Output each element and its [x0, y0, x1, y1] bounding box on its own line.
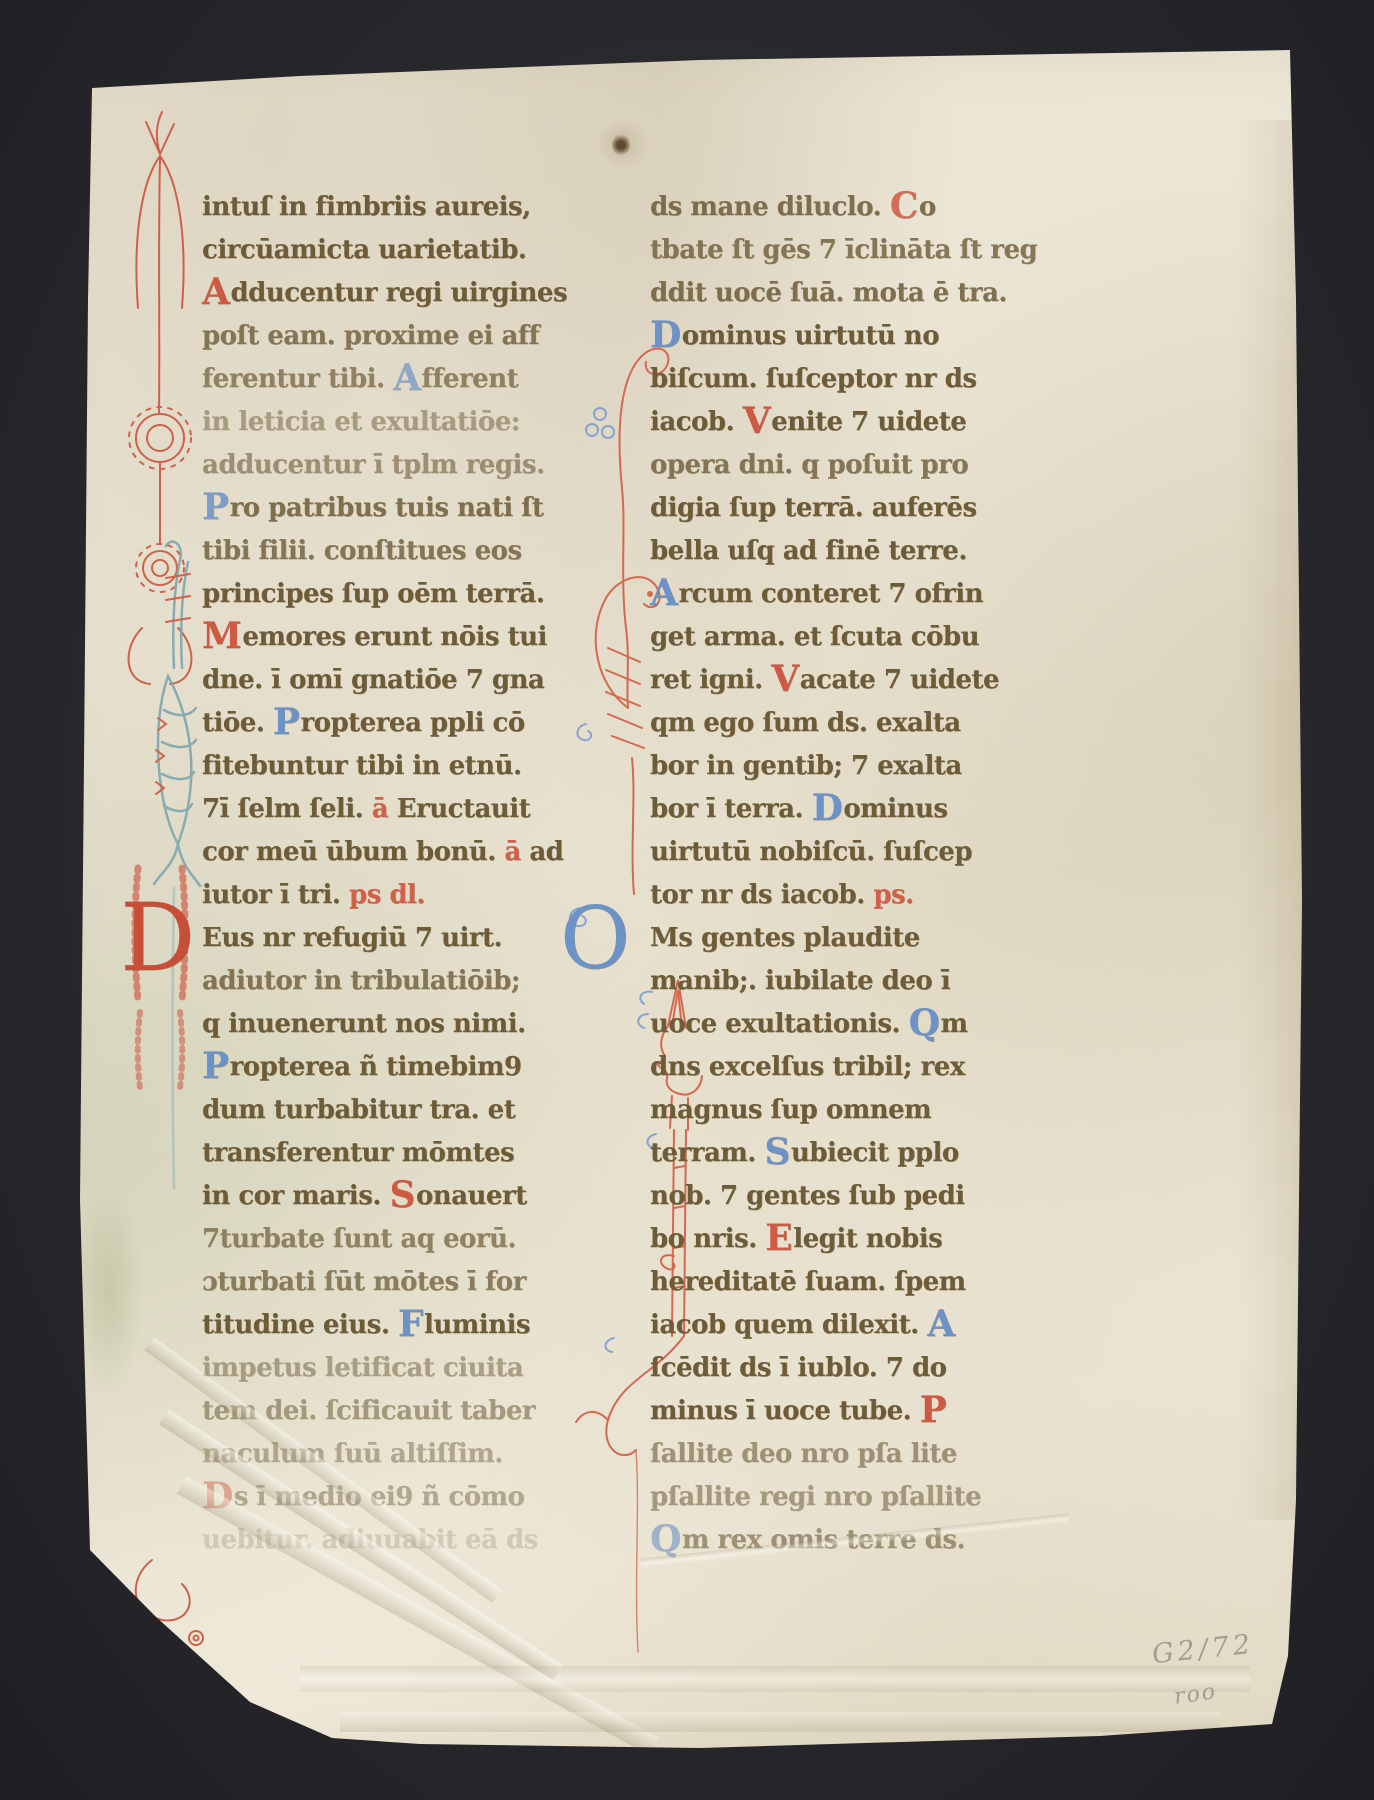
initial-letter: P [273, 701, 300, 743]
crease-fold [340, 1712, 1220, 1732]
text-run: tbate ſt gēs 7 īclināta ſt reg [650, 235, 1037, 265]
text-run: poſt eam. proxime ei aff [202, 321, 539, 351]
text-line: get arma. et ſcuta cōbu [650, 616, 1080, 659]
fish-drawing [154, 542, 200, 1188]
pencil-note: roo [1172, 1679, 1218, 1710]
text-run: tem dei. ſcificauit taber [202, 1396, 535, 1426]
text-run: transferentur mōmtes [202, 1138, 514, 1168]
text-run: fferent [422, 364, 519, 394]
text-run: dum turbabitur tra. et [202, 1095, 515, 1125]
initial-letter: A [393, 357, 420, 399]
text-line: uirtutū nobiſcū. ſuſcep [650, 831, 1080, 874]
initial-letter: P [202, 1045, 229, 1087]
text-run: ominus [843, 794, 947, 824]
text-run: cor meū ūbum bonū. [202, 837, 504, 867]
text-run: principes ſup oēm terrā. [202, 579, 544, 609]
right-text-column: ds mane diluclo. Cotbate ſt gēs 7 īclinā… [650, 186, 1080, 1562]
text-line: intuſ in fimbriis aureis, [202, 186, 632, 229]
text-run: ropterea ñ timebim9 [230, 1052, 522, 1082]
text-line: Memores erunt nōis tui [202, 616, 632, 659]
text-run: ſcēdit ds ī iublo. 7 do [650, 1353, 946, 1383]
rubric: ps dl. [349, 880, 425, 910]
initial-letter: P [202, 486, 229, 528]
parchment-stain [74, 1180, 144, 1400]
initial-letter: A [927, 1303, 954, 1345]
initial-letter: D [202, 1475, 233, 1517]
text-run: intuſ in fimbriis aureis, [202, 192, 531, 222]
text-run: dns excelſus tribil; rex [650, 1052, 965, 1082]
text-run: acate 7 uidete [800, 665, 999, 695]
text-line: circūamicta uarietatib. [202, 229, 632, 272]
text-run: Eus nr refugiū 7 uirt. [202, 923, 502, 953]
left-text-column: intuſ in fimbriis aureis,circūamicta uar… [202, 186, 632, 1562]
text-line: iacob quem dilexit. A [650, 1304, 1080, 1347]
text-line: Arcum conteret 7 ofrin [650, 573, 1080, 616]
wormhole-stain [612, 134, 630, 156]
text-line: OMs gentes plaudite [650, 917, 1080, 960]
text-run: adiutor in tribulatiōib; [202, 966, 520, 996]
text-run: bor ī terra. [650, 794, 812, 824]
text-line: terram. Subiecit pplo [650, 1132, 1080, 1175]
text-run: qm ego ſum ds. exalta [650, 708, 961, 738]
text-line: bor in gentib; 7 exalta [650, 745, 1080, 788]
text-run: bor in gentib; 7 exalta [650, 751, 962, 781]
text-line: ret igni. Vacate 7 uidete [650, 659, 1080, 702]
text-run: ro patribus tuis nati ſt [230, 493, 544, 523]
initial-letter: F [398, 1303, 423, 1345]
text-run: minus ī uoce tube. [650, 1396, 920, 1426]
text-line: uebitur. adiuuabit eā ds [202, 1519, 632, 1562]
text-line: Pro patribus tuis nati ſt [202, 487, 632, 530]
text-line: bo nris. Elegit nobis [650, 1218, 1080, 1261]
text-line: uoce exultationis. Qm [650, 1003, 1080, 1046]
text-run: iacob. [650, 407, 743, 437]
text-line: tem dei. ſcificauit taber [202, 1390, 632, 1433]
text-line: cor meū ūbum bonū. ā ad [202, 831, 632, 874]
text-line: qm ego ſum ds. exalta [650, 702, 1080, 745]
text-run: terram. [650, 1138, 764, 1168]
text-line: impetus letificat ciuita [202, 1347, 632, 1390]
text-line: tiōe. Propterea ppli cō [202, 702, 632, 745]
text-run: iacob quem dilexit. [650, 1310, 927, 1340]
text-line: tibi filii. conſtitues eos [202, 530, 632, 573]
text-run: hereditatē ſuam. ſpem [650, 1267, 966, 1297]
initial-letter: A [650, 572, 677, 614]
rubric: ps. [873, 880, 913, 910]
rubric: ā [504, 837, 520, 867]
initial-letter: Q [909, 1002, 940, 1044]
text-line: Adducentur regi uirgines [202, 272, 632, 315]
text-line: hereditatē ſuam. ſpem [650, 1261, 1080, 1304]
text-run: ddit uocē ſuā. mota ē tra. [650, 278, 1007, 308]
text-line: magnus ſup omnem [650, 1089, 1080, 1132]
crease-fold [300, 1666, 1250, 1692]
rubric: ā [372, 794, 388, 824]
text-run: s ī medio ei9 ñ cōmo [234, 1482, 525, 1512]
text-run: ropterea ppli cō [300, 708, 524, 738]
initial-letter: S [389, 1174, 415, 1216]
text-run: bella uſq ad finē terre. [650, 536, 967, 566]
text-run: pſallite regi nro pſallite [650, 1482, 981, 1512]
text-run: ominus uirtutū no [682, 321, 939, 351]
text-line: Dominus uirtutū no [650, 315, 1080, 358]
text-line: principes ſup oēm terrā. [202, 573, 632, 616]
text-line: transferentur mōmtes [202, 1132, 632, 1175]
text-line: iacob. Venite 7 uidete [650, 401, 1080, 444]
text-line: biſcum. ſuſceptor nr ds [650, 358, 1080, 401]
text-line: q inuenerunt nos nimi. [202, 1003, 632, 1046]
text-run: ad [521, 837, 564, 867]
text-run: tor nr ds iacob. [650, 880, 873, 910]
text-line: Qm rex omis terre ds. [650, 1519, 1080, 1562]
text-run: uebitur. adiuuabit eā ds [202, 1525, 538, 1555]
text-line: fitebuntur tibi in etnū. [202, 745, 632, 788]
text-run: 7turbate ſunt aq eorū. [202, 1224, 516, 1254]
text-run: ubiecit pplo [791, 1138, 959, 1168]
text-line: dne. ī omī gnatiōe 7 gna [202, 659, 632, 702]
text-run: ferentur tibi. [202, 364, 393, 394]
text-line: Propterea ñ timebim9 [202, 1046, 632, 1089]
text-run: m [940, 1009, 967, 1039]
text-run: emores erunt nōis tui [242, 622, 547, 652]
text-run: ɔturbati ſūt mōtes ī for [202, 1267, 526, 1297]
text-line: pſallite regi nro pſallite [650, 1476, 1080, 1519]
text-line: tor nr ds iacob. ps. [650, 874, 1080, 917]
text-run: dducentur regi uirgines [230, 278, 567, 308]
text-run: biſcum. ſuſceptor nr ds [650, 364, 977, 394]
text-line: titudine eius. Fluminis [202, 1304, 632, 1347]
initial-letter: P [920, 1389, 947, 1431]
text-run: magnus ſup omnem [650, 1095, 931, 1125]
initial-letter: E [765, 1217, 792, 1259]
text-run: tiōe. [202, 708, 273, 738]
initial-letter: D [650, 314, 681, 356]
text-line: in leticia et exultatiōe: [202, 401, 632, 444]
text-run: m rex omis terre ds. [682, 1525, 965, 1555]
pencil-shelfmark: G2/72 [1151, 1629, 1256, 1671]
text-run: opera dni. q poſuit pro [650, 450, 968, 480]
text-run: in leticia et exultatiōe: [202, 407, 520, 437]
text-line: poſt eam. proxime ei aff [202, 315, 632, 358]
text-run: Ms gentes plaudite [650, 923, 920, 953]
text-run: 7ī ſelm ſeli. [202, 794, 372, 824]
photo-background: intuſ in fimbriis aureis,circūamicta uar… [0, 0, 1374, 1800]
text-line: 7turbate ſunt aq eorū. [202, 1218, 632, 1261]
initial-letter: C [890, 185, 918, 227]
text-line: ferentur tibi. Afferent [202, 358, 632, 401]
text-line: minus ī uoce tube. P [650, 1390, 1080, 1433]
text-run: Eructauit [388, 794, 530, 824]
text-line: in cor maris. Sonauert [202, 1175, 632, 1218]
text-run: legit nobis [793, 1224, 942, 1254]
text-run: naculum ſuū altiſſim. [202, 1439, 503, 1469]
text-run: luminis [424, 1310, 530, 1340]
text-line: opera dni. q poſuit pro [650, 444, 1080, 487]
text-line: bella uſq ad finē terre. [650, 530, 1080, 573]
text-run: get arma. et ſcuta cōbu [650, 622, 979, 652]
text-run: ds mane diluclo. [650, 192, 890, 222]
text-line: ſallite deo nro pſa lite [650, 1433, 1080, 1476]
text-run: nob. 7 gentes ſub pedi [650, 1181, 965, 1211]
text-run: digia ſup terrā. auferēs [650, 493, 977, 523]
text-run: q inuenerunt nos nimi. [202, 1009, 526, 1039]
initial-letter: D [812, 787, 843, 829]
initial-letter: S [764, 1131, 790, 1173]
text-line: dum turbabitur tra. et [202, 1089, 632, 1132]
text-run: o [919, 192, 936, 222]
text-line: digia ſup terrā. auferēs [650, 487, 1080, 530]
text-run: enite 7 uidete [771, 407, 966, 437]
initial-letter: Q [650, 1518, 681, 1560]
text-line: Ds ī medio ei9 ñ cōmo [202, 1476, 632, 1519]
initial-letter: V [771, 658, 798, 700]
text-line: ſcēdit ds ī iublo. 7 do [650, 1347, 1080, 1390]
manuscript-leaf: intuſ in fimbriis aureis,circūamicta uar… [0, 0, 1374, 1800]
text-line: 7ī ſelm ſeli. ā Eructauit [202, 788, 632, 831]
text-run: uirtutū nobiſcū. ſuſcep [650, 837, 972, 867]
text-line: naculum ſuū altiſſim. [202, 1433, 632, 1476]
text-line: nob. 7 gentes ſub pedi [650, 1175, 1080, 1218]
initial-letter: M [202, 615, 241, 657]
text-line: bor ī terra. Dominus [650, 788, 1080, 831]
text-run: titudine eius. [202, 1310, 398, 1340]
text-line: ddit uocē ſuā. mota ē tra. [650, 272, 1080, 315]
text-line: tbate ſt gēs 7 īclināta ſt reg [650, 229, 1080, 272]
text-run: uoce exultationis. [650, 1009, 909, 1039]
text-run: manib;. iubilate deo ī [650, 966, 950, 996]
text-run: iutor ī tri. [202, 880, 349, 910]
text-run: ſallite deo nro pſa lite [650, 1439, 957, 1469]
text-run: bo nris. [650, 1224, 765, 1254]
text-run: circūamicta uarietatib. [202, 235, 526, 265]
text-run: fitebuntur tibi in etnū. [202, 751, 522, 781]
text-run: rcum conteret 7 ofrin [678, 579, 983, 609]
text-line: ɔturbati ſūt mōtes ī for [202, 1261, 632, 1304]
initial-letter: A [202, 271, 229, 313]
text-line: manib;. iubilate deo ī [650, 960, 1080, 1003]
text-run: impetus letificat ciuita [202, 1353, 523, 1383]
text-run: onauert [416, 1181, 527, 1211]
large-initial: D [120, 901, 195, 976]
large-initial: O [560, 905, 630, 974]
text-line: adducentur ī tplm regis. [202, 444, 632, 487]
text-run: adducentur ī tplm regis. [202, 450, 545, 480]
text-run: tibi filii. conſtitues eos [202, 536, 522, 566]
text-line: ds mane diluclo. Co [650, 186, 1080, 229]
initial-letter: V [743, 400, 770, 442]
text-line: dns excelſus tribil; rex [650, 1046, 1080, 1089]
parchment-stain [1236, 120, 1306, 1520]
text-run: dne. ī omī gnatiōe 7 gna [202, 665, 544, 695]
parchment-stain [596, 118, 648, 170]
text-run: ret igni. [650, 665, 771, 695]
text-run: in cor maris. [202, 1181, 389, 1211]
